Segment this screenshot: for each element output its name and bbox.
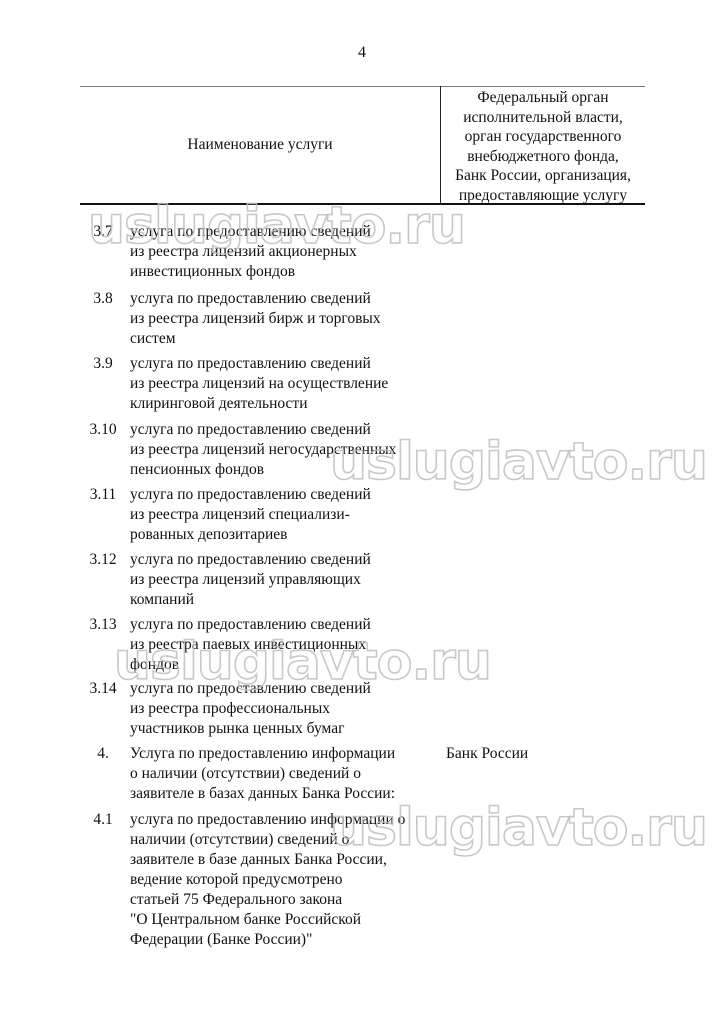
row-text: услуга по предоставлению сведений из рее…	[130, 679, 440, 739]
row-number: 4.1	[80, 810, 126, 830]
row-text: услуга по предоставлению сведений из рее…	[130, 550, 440, 610]
row-number: 3.14	[80, 679, 126, 699]
row-text: услуга по предоставлению сведений из рее…	[130, 354, 440, 414]
row-provider: Банк России	[446, 744, 646, 764]
header-service-name: Наименование услуги	[80, 86, 440, 204]
header-service-name-text: Наименование услуги	[187, 136, 332, 154]
row-text: услуга по предоставлению сведений из рее…	[130, 615, 440, 675]
row-number: 3.12	[80, 550, 126, 570]
row-number: 3.7	[80, 222, 126, 242]
page-number: 4	[0, 44, 724, 62]
row-text: услуга по предоставлению сведений из рее…	[130, 222, 440, 282]
row-number: 4.	[80, 744, 126, 764]
row-text: услуга по предоставлению сведений из рее…	[130, 420, 440, 480]
row-text: Услуга по предоставлению информации о на…	[130, 744, 440, 804]
row-text: услуга по предоставлению сведений из рее…	[130, 289, 440, 349]
row-number: 3.9	[80, 354, 126, 374]
row-number: 3.8	[80, 289, 126, 309]
row-number: 3.10	[80, 420, 126, 440]
row-text: услуга по предоставлению информации о на…	[130, 810, 440, 950]
row-number: 3.11	[80, 485, 126, 505]
row-number: 3.13	[80, 615, 126, 635]
row-text: услуга по предоставлению сведений из рее…	[130, 485, 440, 545]
header-provider: Федеральный орган исполнительной власти,…	[441, 88, 645, 206]
